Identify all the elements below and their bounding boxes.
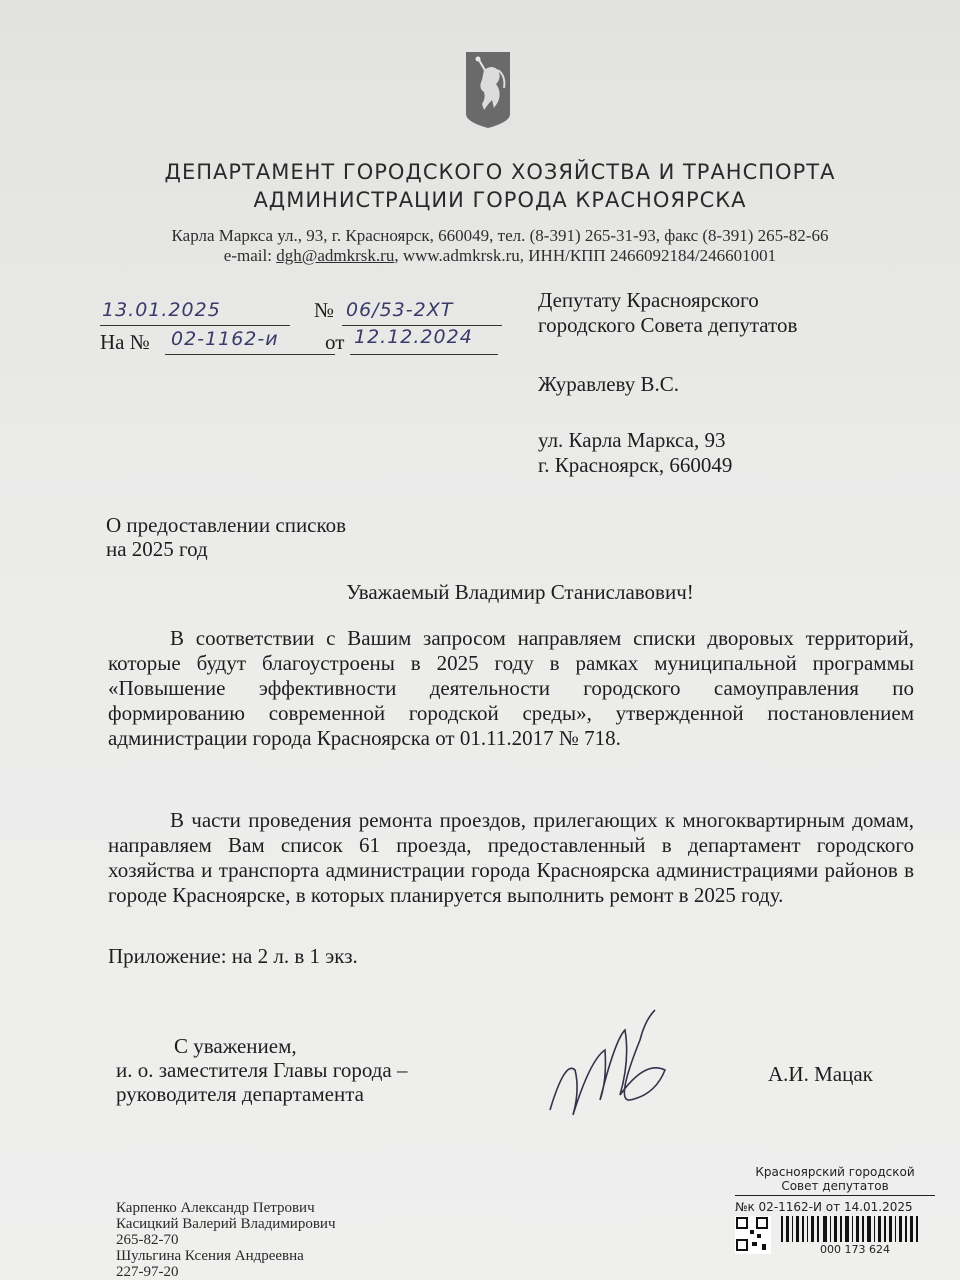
reply-number: 02-1162-и — [171, 328, 279, 350]
recipient-name: Журавлеву В.С. — [538, 372, 679, 397]
outgoing-date: 13.01.2025 — [102, 299, 221, 321]
site-inn: , www.admkrsk.ru, ИНН/КПП 2466092184/246… — [394, 246, 776, 265]
executor-line: 265-82-70 — [116, 1232, 336, 1248]
signer-position-line1: и. о. заместителя Главы города – — [116, 1058, 408, 1083]
executors-list: Карпенко Александр Петрович Касицкий Вал… — [116, 1200, 336, 1280]
organization-address: Карла Маркса ул., 93, г. Красноярск, 660… — [120, 226, 880, 246]
closing: С уважением, — [174, 1034, 297, 1059]
outgoing-number: 06/53-2ХТ — [346, 299, 453, 321]
registration-stamp: Красноярский городской Совет депутатов №… — [735, 1165, 935, 1260]
email-link[interactable]: dgh@admkrsk.ru — [276, 246, 394, 265]
outgoing-number-field: 06/53-2ХТ — [342, 303, 502, 326]
outgoing-date-field: 13.01.2025 — [100, 303, 290, 326]
reply-from-label: от — [325, 330, 344, 355]
subject-line1: О предоставлении списков — [106, 513, 346, 538]
barcode-number: 000 173 624 — [820, 1243, 890, 1256]
reply-number-label: На № — [100, 330, 150, 355]
coat-of-arms-icon — [462, 48, 514, 130]
stamp-line2: Совет депутатов — [735, 1179, 935, 1196]
executor-line: Касицкий Валерий Владимирович — [116, 1216, 336, 1232]
attachment-note: Приложение: на 2 л. в 1 экз. — [108, 944, 358, 969]
outgoing-number-label: № — [314, 298, 334, 323]
recipient-street: ул. Карла Маркса, 93 — [538, 428, 725, 453]
signer-name: А.И. Мацак — [768, 1062, 873, 1087]
reply-date: 12.12.2024 — [354, 326, 473, 348]
reply-date-field: 12.12.2024 — [350, 330, 498, 355]
executor-line: 227-97-20 — [116, 1264, 336, 1280]
salutation: Уважаемый Владимир Станиславович! — [200, 580, 840, 605]
executor-line: Шульгина Ксения Андреевна — [116, 1248, 336, 1264]
body-paragraph-2: В части проведения ремонта проездов, при… — [108, 808, 914, 908]
body-paragraph-1: В соответствии с Вашим запросом направля… — [108, 626, 914, 751]
signer-position-line2: руководителя департамента — [116, 1082, 364, 1107]
stamp-line1: Красноярский городской — [735, 1165, 935, 1179]
organization-name-line2: АДМИНИСТРАЦИИ ГОРОДА КРАСНОЯРСКА — [140, 188, 860, 212]
reply-number-field: 02-1162-и — [165, 330, 335, 355]
stamp-reg-number: №к 02-1162-И от 14.01.2025 — [735, 1200, 935, 1214]
subject-line2: на 2025 год — [106, 537, 208, 562]
organization-name-line1: ДЕПАРТАМЕНТ ГОРОДСКОГО ХОЗЯЙСТВА И ТРАНС… — [140, 160, 860, 184]
email-label: e-mail: — [224, 246, 276, 265]
handwritten-signature-icon — [535, 1000, 705, 1130]
recipient-line1: Депутату Красноярского — [538, 288, 759, 313]
document-page: ДЕПАРТАМЕНТ ГОРОДСКОГО ХОЗЯЙСТВА И ТРАНС… — [0, 0, 960, 1280]
recipient-city: г. Красноярск, 660049 — [538, 453, 732, 478]
executor-line: Карпенко Александр Петрович — [116, 1200, 336, 1216]
organization-contacts: e-mail: dgh@admkrsk.ru, www.admkrsk.ru, … — [120, 246, 880, 266]
recipient-line2: городского Совета депутатов — [538, 313, 797, 338]
